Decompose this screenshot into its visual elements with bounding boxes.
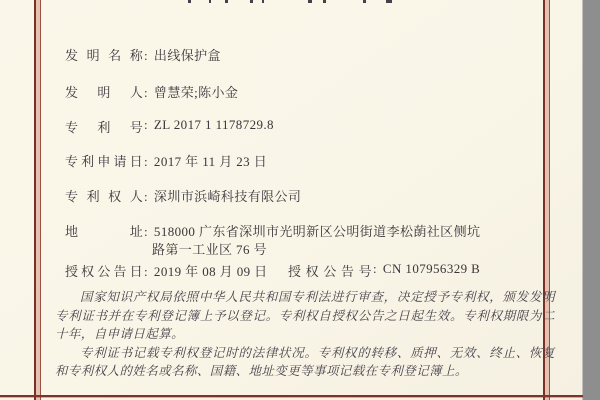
field-row-invention-name: 发明名称:出线保护盒 [65, 45, 221, 64]
legal-paragraph-1: 国家知识产权局依照中华人民共和国专利法进行审查，决定授予专利权，颁发发明专利证书… [55, 288, 555, 344]
field-colon: : [373, 261, 377, 277]
title-cutoff-mark [363, 0, 366, 3]
field-label: 发明名称 [65, 45, 143, 64]
patent-certificate-scan: { "colors": { "paper": "#faf6e9", "frame… [0, 0, 600, 400]
field-value: 2017 年 11 月 23 日 [154, 154, 267, 169]
title-cutoff-mark [250, 0, 253, 3]
field-row-filing-date: 专利申请日:2017 年 11 月 23 日 [65, 151, 267, 170]
field-value: 曾慧荣;陈小金 [154, 85, 238, 100]
field-value: 深圳市浜崎科技有限公司 [154, 189, 301, 204]
grant-number-pair: 授权公告号:CN 107956329 B [288, 261, 480, 280]
title-cutoff-mark [323, 0, 326, 3]
field-value: CN 107956329 B [383, 261, 480, 276]
frame-left-rule [34, 0, 41, 400]
field-colon: : [144, 154, 148, 170]
title-cutoff-mark [262, 0, 264, 3]
field-label: 授权公告号 [288, 261, 372, 280]
field-colon: : [144, 48, 148, 64]
title-cutoff-mark [225, 0, 228, 3]
field-colon: : [144, 224, 148, 240]
field-label: 发明人 [65, 82, 143, 101]
field-row-grant: 授权公告日:2019 年 08 月 09 日 授权公告号:CN 10795632… [65, 261, 268, 280]
certificate-page: 发明名称:出线保护盒 发明人:曾慧荣;陈小金 专利号:ZL 2017 1 117… [0, 0, 600, 400]
field-label: 授权公告日 [65, 261, 143, 280]
legal-paragraph-2: 专利证书记载专利权登记时的法律状况。专利权的转移、质押、无效、终止、恢复和专利权… [55, 344, 555, 381]
field-value: 2019 年 08 月 09 日 [154, 264, 268, 279]
field-label: 地址 [65, 221, 143, 240]
field-row-patent-number: 专利号:ZL 2017 1 1178729.8 [65, 117, 274, 136]
field-value: 出线保护盒 [154, 48, 221, 63]
field-colon: : [144, 85, 148, 101]
scanner-background-band [582, 0, 600, 400]
field-value: 518000 广东省深圳市光明新区公明街道李松蓢社区侧坑 [154, 224, 480, 239]
title-cutoff-mark [188, 0, 191, 3]
field-colon: : [144, 264, 148, 280]
field-label: 专利权人 [65, 186, 143, 205]
title-cutoff-mark [308, 0, 312, 3]
title-cutoff-mark [209, 0, 211, 3]
field-row-address: 地址:518000 广东省深圳市光明新区公明街道李松蓢社区侧坑 [65, 221, 480, 240]
address-line-2: 路第一工业区 76 号 [152, 239, 267, 258]
field-label: 专利号 [65, 117, 143, 136]
title-cutoff-mark [386, 0, 392, 3]
legal-text-block: 国家知识产权局依照中华人民共和国专利法进行审查，决定授予专利权，颁发发明专利证书… [55, 288, 555, 381]
field-value: ZL 2017 1 1178729.8 [154, 117, 274, 132]
field-row-inventor: 发明人:曾慧荣;陈小金 [65, 82, 238, 101]
field-colon: : [144, 117, 148, 133]
field-label: 专利申请日 [65, 151, 143, 170]
field-row-patentee: 专利权人:深圳市浜崎科技有限公司 [65, 186, 301, 205]
field-colon: : [144, 189, 148, 205]
frame-bottom-rule [0, 395, 583, 397]
